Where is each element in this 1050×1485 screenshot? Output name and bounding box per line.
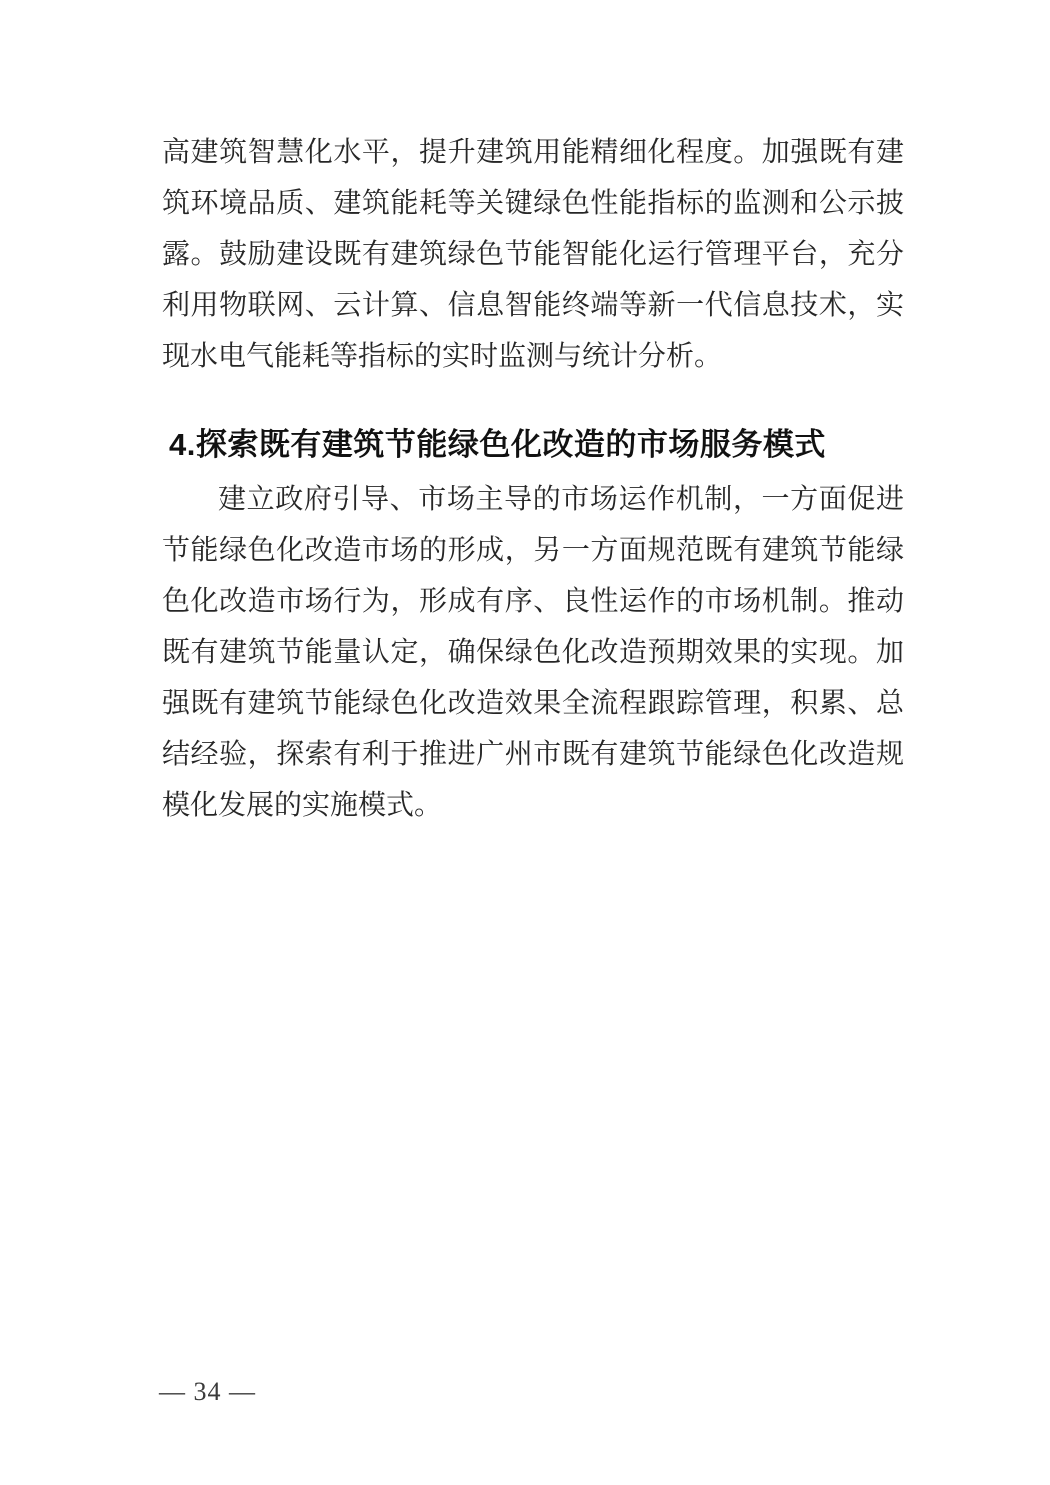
page-number: — 34 — xyxy=(159,1377,256,1407)
section-paragraph: 建立政府引导、市场主导的市场运作机制，一方面促进节能绿色化改造市场的形成，另一方… xyxy=(162,474,904,831)
document-page: 高建筑智慧化水平，提升建筑用能精细化程度。加强既有建筑环境品质、建筑能耗等关键绿… xyxy=(0,0,1050,1485)
paragraph-continuation: 高建筑智慧化水平，提升建筑用能精细化程度。加强既有建筑环境品质、建筑能耗等关键绿… xyxy=(162,127,904,382)
section-heading: 4.探索既有建筑节能绿色化改造的市场服务模式 xyxy=(162,419,904,470)
document-body: 高建筑智慧化水平，提升建筑用能精细化程度。加强既有建筑环境品质、建筑能耗等关键绿… xyxy=(162,127,904,831)
